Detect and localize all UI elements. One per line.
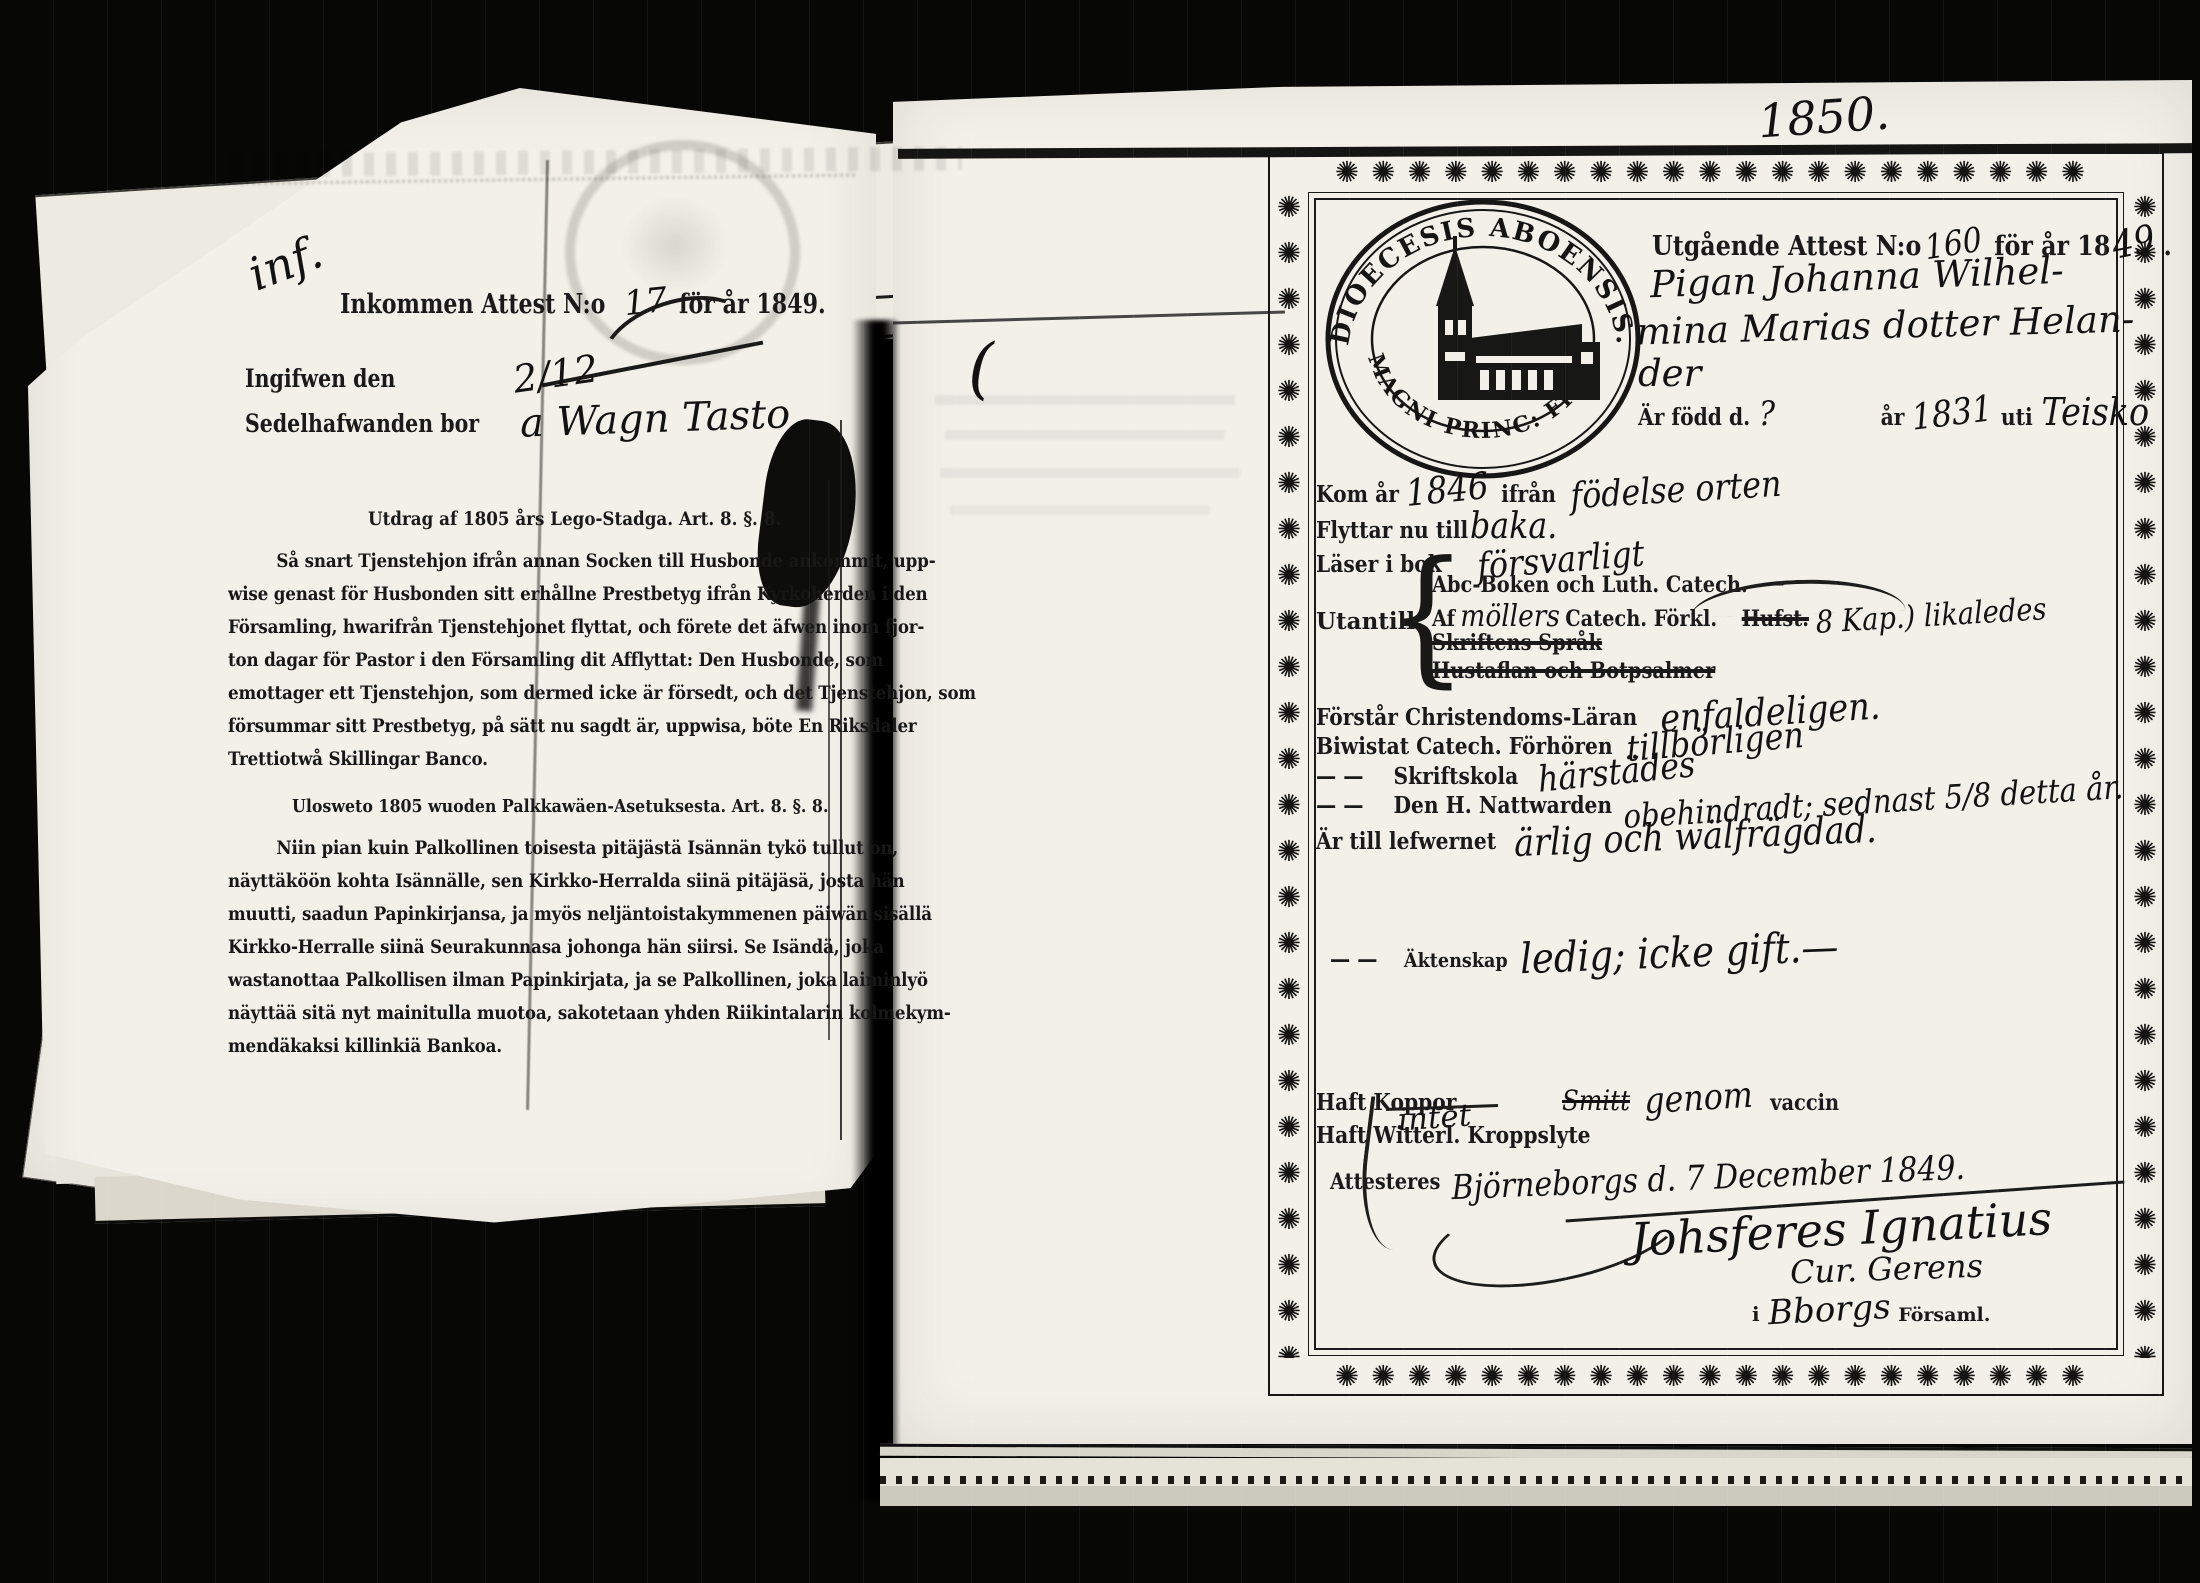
paragraph-line: Niin pian kuin Palkollinen toisesta pitä… (228, 832, 951, 865)
born-place-handwritten: Teisko (2041, 390, 2149, 434)
vaccin-label: vaccin (1770, 1090, 1839, 1116)
born-label: Är född d. (1638, 404, 1750, 431)
attesteres-label: Attesteres (1330, 1169, 1440, 1195)
paragraph-line: wise genast för Husbonden sitt erhållne … (228, 578, 976, 611)
ghost-text-smudge (950, 505, 1210, 515)
paragraph-line: wastanottaa Palkollisen ilman Papinkirja… (228, 964, 951, 997)
border-ornament-left: ✺✺✺✺✺✺✺✺✺✺✺✺✺✺✺✺✺✺✺✺✺✺✺✺✺✺✺✺ (1270, 190, 1306, 1358)
ditto-dashes: — — (1330, 946, 1378, 973)
kom-ifran-label: ifrån (1501, 481, 1556, 508)
born-line: Är född d. ? år 1831 uti Teisko (1638, 390, 2149, 434)
name-line-3: der (1638, 352, 1701, 395)
finnish-extract-paragraph: Niin pian kuin Palkollinen toisesta pitä… (228, 832, 951, 1063)
parish-name-handwritten: Bborgs (1767, 1287, 1892, 1333)
left-header-line: Inkommen Attest N:o 17 för år 1849. (340, 282, 858, 322)
sedelhafwanden-label: Sedelhafwanden bor (245, 409, 479, 438)
period: . (2164, 231, 2172, 262)
inkommen-attest-label: Inkommen Attest N:o (340, 289, 605, 320)
sedelhafwanden-line: Sedelhafwanden bor a Wagn Tasto (245, 396, 791, 442)
swedish-extract-paragraph: Så snart Tjenstehjon ifrån annan Socken … (228, 545, 976, 776)
ghost-text-smudge (945, 430, 1225, 440)
attest-year-handwritten: 49 (2109, 216, 2158, 268)
utantill-row2-pre: Af (1432, 606, 1455, 632)
utantill-row1-text: Abc-Boken och Luth. Catech. (1432, 572, 1748, 598)
year-note-1850: 1850. (1756, 85, 1891, 148)
paragraph-line: ton dagar för Pastor i den Församling di… (228, 644, 976, 677)
paragraph-line: Trettiotwå Skillingar Banco. (228, 743, 976, 776)
border-ornament-right: ✺✺✺✺✺✺✺✺✺✺✺✺✺✺✺✺✺✺✺✺✺✺✺✺✺✺✺✺ (2126, 190, 2162, 1358)
aktenskap-label: Äktenskap (1404, 948, 1508, 972)
utantill-row-4-struck: Hustaflan och Botpsalmer (1432, 658, 1715, 684)
lefwernet-line: Är till lefwernet ärlig och wälfrägdad. (1316, 814, 1876, 858)
born-year-prefix: år (1881, 404, 1905, 431)
utantill-row-3-struck: Skriftens Språk (1432, 630, 1602, 656)
aktenskap-value-handwritten: ledig; icke gift.— (1519, 922, 1839, 984)
utantill-row2-handwritten: möllers (1460, 599, 1560, 634)
born-uti-label: uti (2001, 404, 2033, 431)
border-ornament-top: ✺✺✺✺✺✺✺✺✺✺✺✺✺✺✺✺✺✺✺✺✺ (1270, 154, 2162, 190)
sedelhafwanden-value-handwritten: a Wagn Tasto (520, 391, 792, 446)
paragraph-line: muutti, saadun Papinkirjansa, ja myös ne… (228, 898, 951, 931)
paragraph-line: Församling, hwarifrån Tjenstehjonet flyt… (228, 611, 976, 644)
ingifwen-date-handwritten: 2/12 (511, 346, 602, 401)
paragraph-line: mendäkaksi killinkiä Bankoa. (228, 1030, 951, 1063)
paragraph-line: försummar sitt Prestbetyg, på sätt nu sa… (228, 710, 976, 743)
paragraph-line: emottager ett Tjenstehjon, som dermed ic… (228, 677, 976, 710)
swedish-extract-heading: Utdrag af 1805 års Lego-Stadga. Art. 8. … (368, 508, 781, 530)
aktenskap-line: — — Äktenskap ledig; icke gift.— (1330, 928, 1838, 977)
kom-label: Kom år (1316, 481, 1399, 508)
born-day-handwritten: ? (1759, 394, 1775, 434)
ghost-text-smudge (940, 468, 1240, 478)
lefwernet-value-handwritten: ärlig och wälfrägdad. (1513, 807, 1877, 865)
paren-mark: ( (968, 330, 994, 407)
ingifwen-line: Ingifwen den 2/12 (245, 352, 599, 396)
faded-stamp-center (620, 195, 730, 295)
witterl-line: Haft Witterl. Kroppslyte (1316, 1122, 1591, 1149)
koppor-genom-handwritten: genom (1643, 1075, 1753, 1122)
koppor-struck-handwritten: Smitt (1562, 1084, 1630, 1117)
right-stack-edge-strip (880, 1486, 2192, 1512)
parish-forsaml-label: Församl. (1898, 1304, 1990, 1326)
paragraph-line: Kirkko-Herralle siinä Seurakunnasa johon… (228, 931, 951, 964)
paragraph-line: Så snart Tjenstehjon ifrån annan Socken … (228, 545, 976, 578)
parish-i-label: i (1752, 1302, 1760, 1326)
signature-parish-line: i Bborgs Församl. (1752, 1290, 1990, 1330)
paragraph-line: näyttää sitä nyt mainitulla muotoa, sako… (228, 997, 951, 1030)
kom-line: Kom år 1846 ifrån födelse orten (1316, 468, 1781, 511)
born-year-handwritten: 1831 (1910, 388, 1994, 438)
signature-title: Cur. Gerens (1789, 1247, 1983, 1292)
kom-value-handwritten: födelse orten (1569, 464, 1782, 518)
lefwernet-label: Är till lefwernet (1316, 828, 1496, 855)
ingifwen-label: Ingifwen den (245, 364, 395, 393)
scanned-book-opening: ✺✺✺✺✺✺✺✺✺✺✺✺✺✺✺✺✺✺✺✺✺ ✺✺✺✺✺✺✺✺✺✺✺✺✺✺✺✺✺✺… (0, 0, 2200, 1583)
diocese-seal: DIOECESIS ABOENSIS. MAGNI PRINC: FINL. (1318, 194, 1648, 484)
finnish-extract-heading: Ulosweto 1805 wuoden Palkkawäen-Asetukse… (292, 796, 828, 817)
paragraph-line: näyttäköön kohta Isännälle, sen Kirkko-H… (228, 865, 951, 898)
border-ornament-bottom: ✺✺✺✺✺✺✺✺✺✺✺✺✺✺✺✺✺✺✺✺✺ (1270, 1358, 2162, 1394)
